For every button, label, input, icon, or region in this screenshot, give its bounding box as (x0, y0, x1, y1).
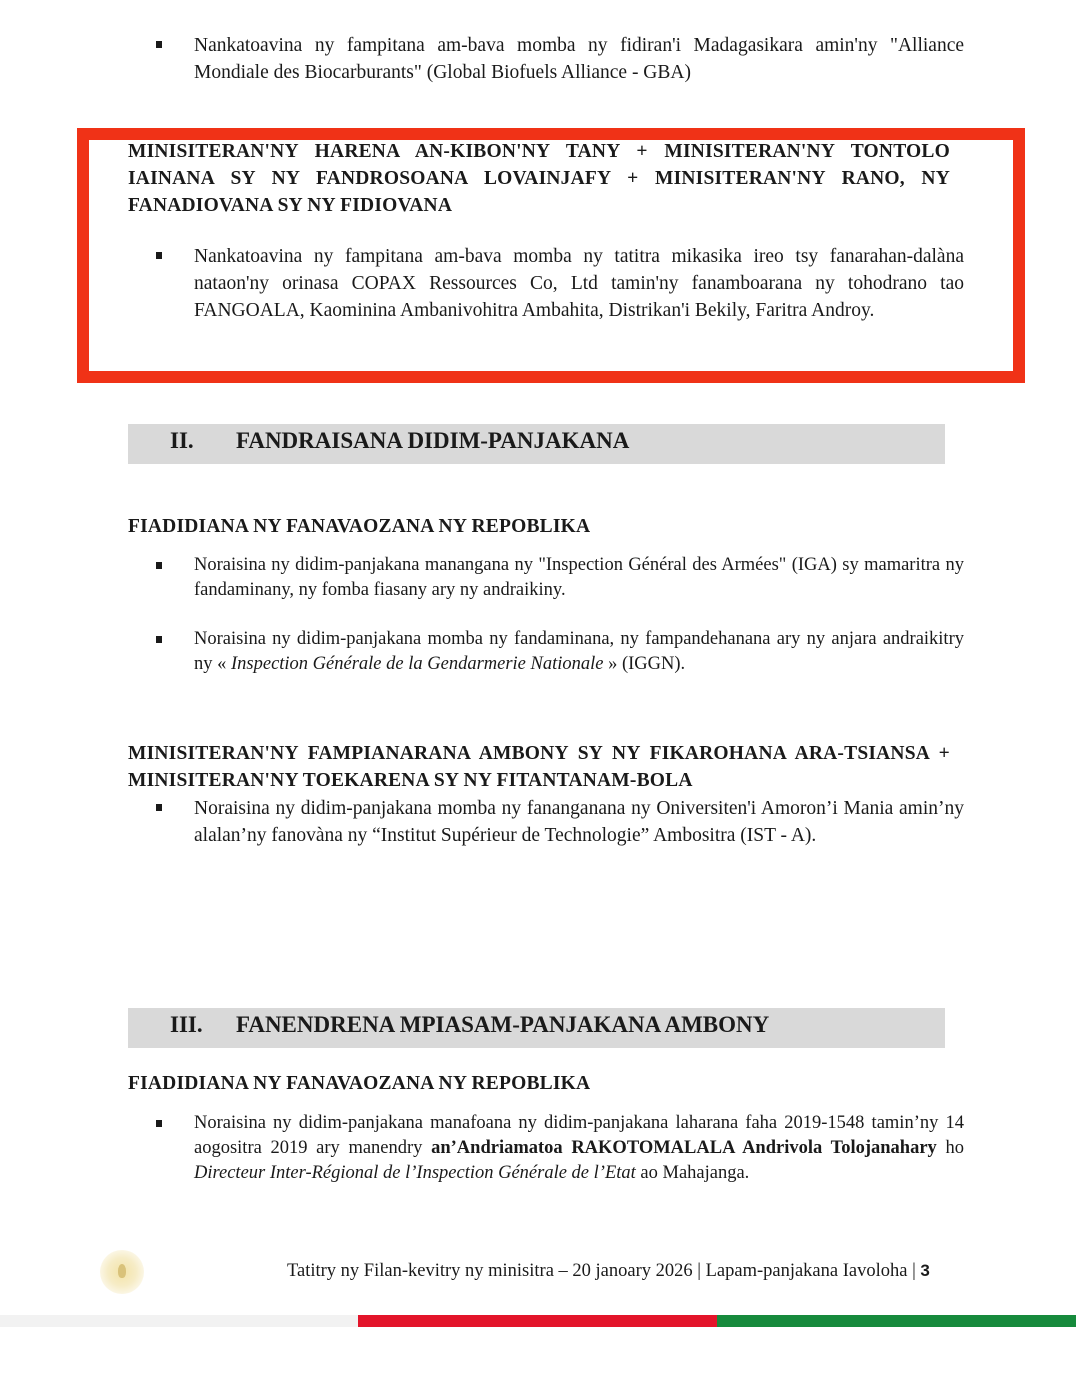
group-heading: FIADIDIANA NY FANAVAOZANA NY REPOBLIKA (128, 1070, 950, 1097)
bullet-square-icon (156, 1120, 162, 1127)
list-item: Nankatoavina ny fampitana am-bava momba … (128, 32, 964, 86)
page-number: 3 (920, 1261, 929, 1280)
bullet-text: Nankatoavina ny fampitana am-bava momba … (194, 243, 964, 324)
section-number: II. (170, 428, 194, 454)
bullet-text: Noraisina ny didim-panjakana momba ny fa… (194, 795, 964, 849)
bullet-square-icon (156, 636, 162, 643)
bullet-text: Noraisina ny didim-panjakana momba ny fa… (194, 627, 964, 677)
footer-stripe-green (717, 1315, 1076, 1327)
bullet-square-icon (156, 252, 162, 259)
section-title: FANENDRENA MPIASAM-PANJAKANA AMBONY (236, 1012, 769, 1038)
footer-stripe-red (358, 1315, 717, 1327)
bullet-square-icon (156, 562, 162, 569)
bullet-square-icon (156, 41, 162, 48)
page-footer: Tatitry ny Filan-kevitry ny minisitra – … (287, 1261, 930, 1282)
list-item: Noraisina ny didim-panjakana momba ny fa… (128, 627, 964, 677)
list-item: Noraisina ny didim-panjakana manafoana n… (128, 1111, 964, 1186)
list-item: Noraisina ny didim-panjakana manangana n… (128, 553, 964, 603)
group-heading: FIADIDIANA NY FANAVAOZANA NY REPOBLIKA (128, 513, 950, 540)
section-header: II. FANDRAISANA DIDIM-PANJAKANA (128, 424, 945, 464)
footer-stripe-white (0, 1315, 358, 1327)
ministry-heading: MINISITERAN'NY HARENA AN-KIBON'NY TANY +… (128, 138, 950, 219)
section-number: III. (170, 1012, 203, 1038)
madagascar-emblem-icon (100, 1250, 144, 1294)
section-header: III. FANENDRENA MPIASAM-PANJAKANA AMBONY (128, 1008, 945, 1048)
list-item: Noraisina ny didim-panjakana momba ny fa… (128, 795, 964, 849)
group-heading: MINISITERAN'NY FAMPIANARANA AMBONY SY NY… (128, 740, 950, 794)
bullet-text: Nankatoavina ny fampitana am-bava momba … (194, 32, 964, 86)
section-title: FANDRAISANA DIDIM-PANJAKANA (236, 428, 629, 454)
bullet-text: Noraisina ny didim-panjakana manangana n… (194, 553, 964, 603)
bullet-text: Noraisina ny didim-panjakana manafoana n… (194, 1111, 964, 1186)
list-item: Nankatoavina ny fampitana am-bava momba … (128, 243, 964, 324)
bullet-square-icon (156, 804, 162, 811)
